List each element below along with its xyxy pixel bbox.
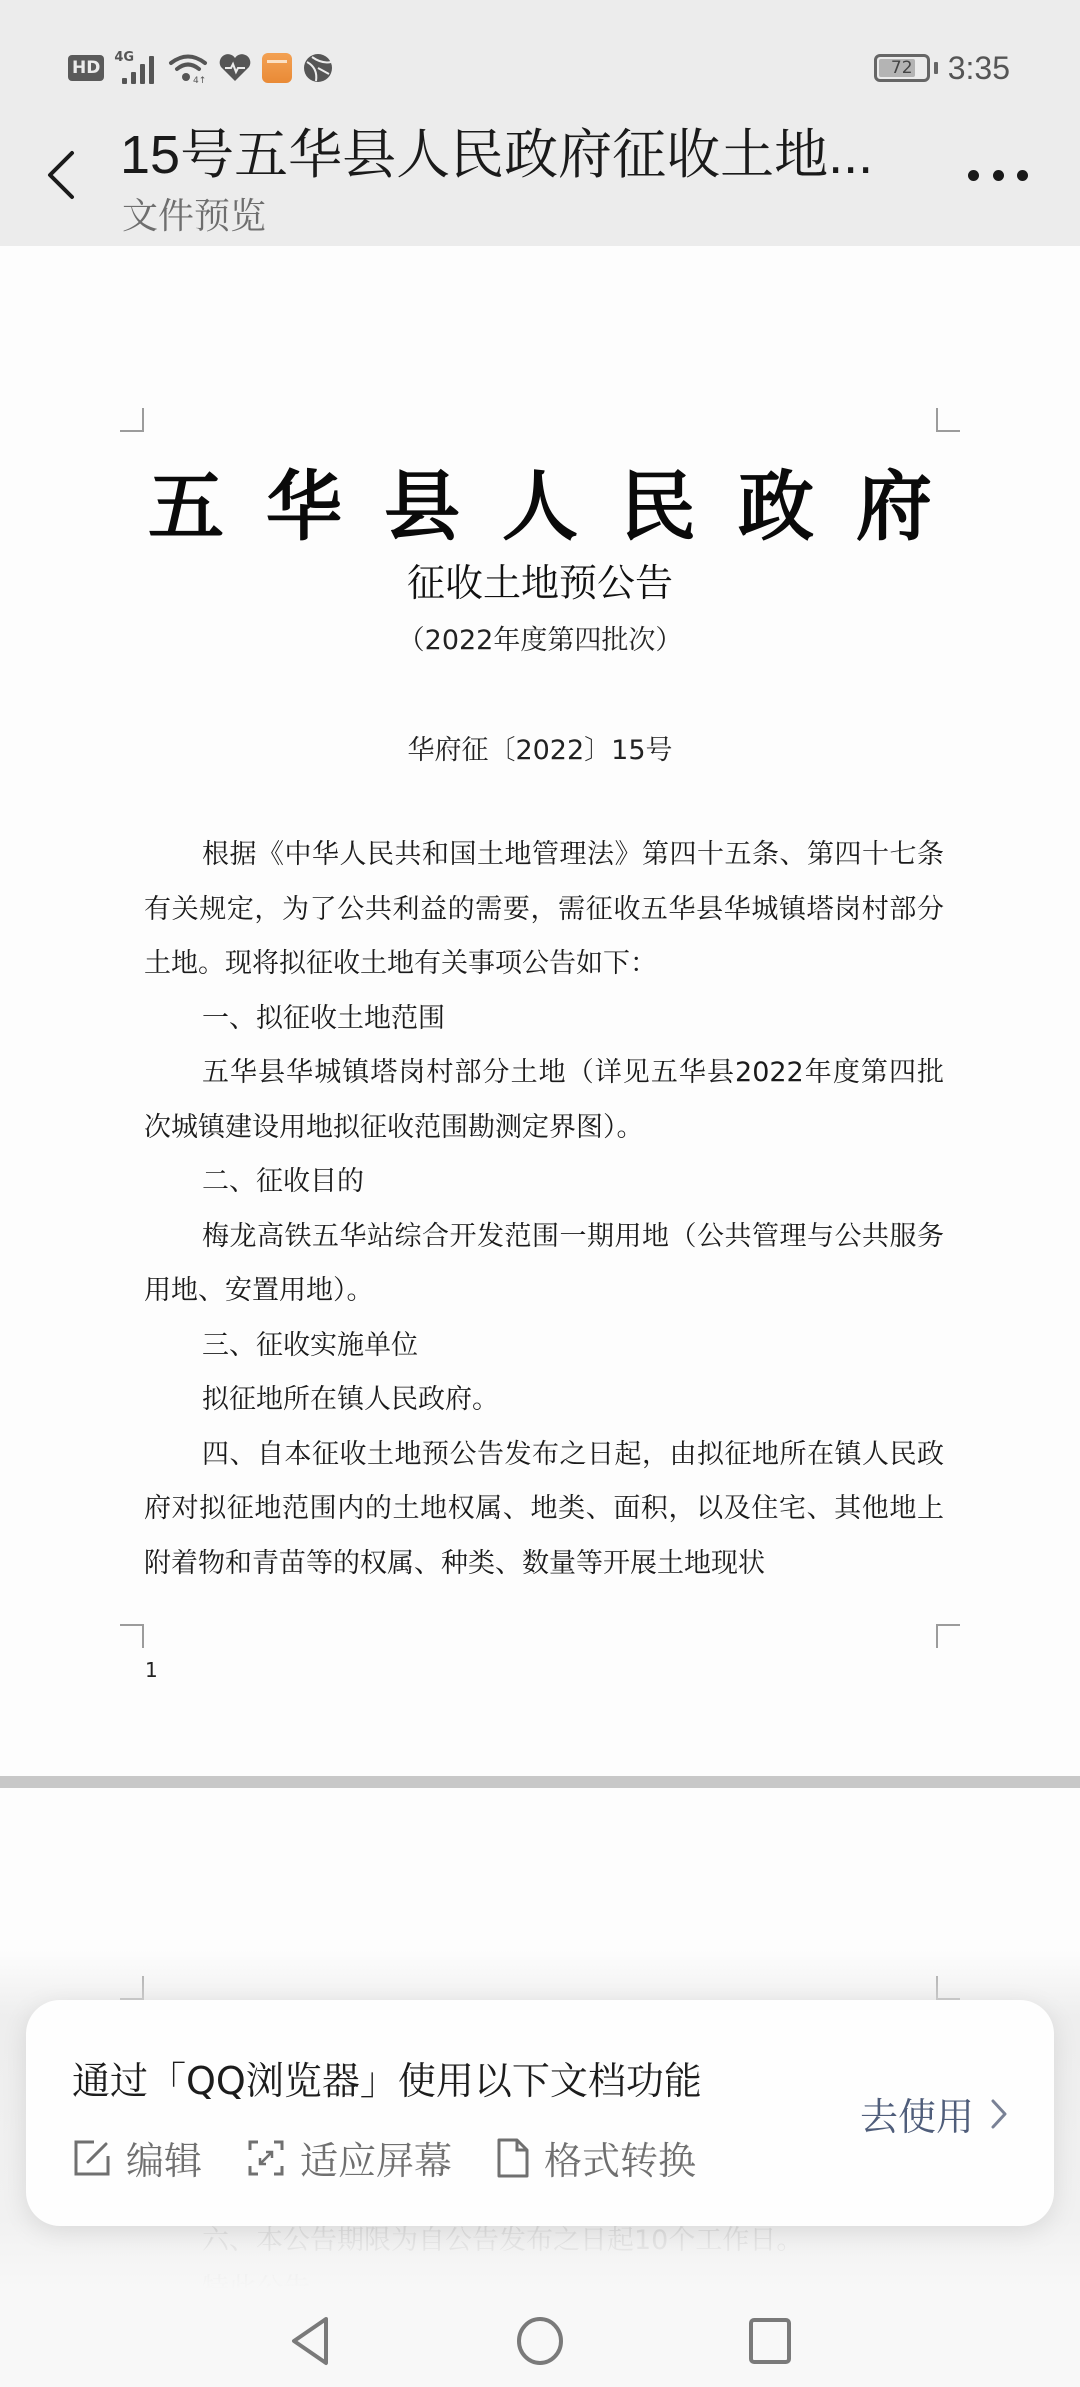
- feature-label: 适应屏幕: [300, 2130, 452, 2185]
- document-page-1: 五华县人民政府 征收土地预公告 （2022年度第四批次） 华府征〔2022〕15…: [0, 246, 1080, 1776]
- nav-home-button[interactable]: [510, 2316, 570, 2366]
- app-bar: 15号五华县人民政府征收土地... 文件预览: [0, 100, 1080, 246]
- orange-app-icon: [262, 53, 292, 83]
- qq-browser-promo-card[interactable]: 通过「QQ浏览器」使用以下文档功能 编辑 适应屏幕 格式转换 去使用: [26, 2000, 1054, 2226]
- feature-list: 编辑 适应屏幕 格式转换: [72, 2130, 696, 2185]
- system-nav-bar: [0, 2290, 1080, 2387]
- go-use-button[interactable]: 去使用: [860, 2086, 1008, 2141]
- go-use-label: 去使用: [860, 2086, 974, 2141]
- hd-icon: HD: [68, 55, 104, 81]
- paragraph: 拟征地所在镇人民政府。: [144, 1373, 944, 1428]
- feature-edit[interactable]: 编辑: [72, 2130, 202, 2185]
- nav-recents-button[interactable]: [740, 2316, 800, 2366]
- square-recents-icon: [747, 2316, 793, 2366]
- section-heading: 二、征收目的: [144, 1155, 944, 1210]
- crop-mark-bottom-left: [120, 1624, 144, 1648]
- more-options-button[interactable]: [968, 160, 1028, 190]
- status-bar: HD 4G 4↑ 72 3:35: [0, 0, 1080, 100]
- triangle-back-icon: [288, 2316, 332, 2366]
- chevron-right-icon: [990, 2098, 1008, 2130]
- crop-mark-bottom-right: [936, 1624, 960, 1648]
- file-preview-subtitle: 文件预览: [122, 188, 266, 239]
- paragraph: 四、自本征收土地预公告发布之日起，由拟征地所在镇人民政府对拟征地范围内的土地权属…: [144, 1428, 944, 1592]
- page-number: 1: [145, 1658, 158, 1682]
- svg-text:4↑: 4↑: [193, 76, 206, 84]
- more-dots-icon: [968, 170, 979, 181]
- feature-format-convert[interactable]: 格式转换: [496, 2130, 696, 2185]
- battery-tip: [934, 62, 938, 74]
- status-icons-left: HD 4G 4↑: [68, 50, 334, 86]
- battery-icon: 72: [874, 54, 930, 82]
- feature-label: 格式转换: [544, 2130, 696, 2185]
- signal-4g-icon: 4G: [114, 52, 158, 84]
- status-icons-right: 72 3:35: [874, 48, 1010, 88]
- nav-back-button[interactable]: [280, 2316, 340, 2366]
- globe-icon: [302, 52, 334, 84]
- back-button[interactable]: [36, 140, 86, 210]
- issuer-heading: 五华县人民政府: [0, 446, 1080, 555]
- circle-home-icon: [515, 2316, 565, 2366]
- batch-label: （2022年度第四批次）: [0, 618, 1080, 657]
- clock: 3:35: [948, 50, 1010, 87]
- document-body: 根据《中华人民共和国土地管理法》第四十五条、第四十七条有关规定，为了公共利益的需…: [144, 828, 944, 1591]
- feature-fit-screen[interactable]: 适应屏幕: [246, 2130, 452, 2185]
- health-heart-icon: [218, 53, 252, 83]
- page-separator: [0, 1776, 1080, 1788]
- fit-screen-icon: [246, 2138, 286, 2178]
- chevron-left-icon: [44, 147, 78, 203]
- edit-icon: [72, 2138, 112, 2178]
- file-icon: [496, 2137, 530, 2179]
- crop-mark-top-left: [120, 408, 144, 432]
- section-heading: 三、征收实施单位: [144, 1319, 944, 1374]
- promo-title: 通过「QQ浏览器」使用以下文档功能: [72, 2050, 702, 2105]
- notice-title: 征收土地预公告: [0, 552, 1080, 607]
- paragraph: 梅龙高铁五华站综合开发范围一期用地（公共管理与公共服务用地、安置用地）。: [144, 1210, 944, 1319]
- battery-level: 72: [891, 58, 913, 78]
- crop-mark-top-right: [936, 408, 960, 432]
- wifi-icon: 4↑: [168, 52, 208, 84]
- document-number: 华府征〔2022〕15号: [0, 728, 1080, 767]
- section-heading: 一、拟征收土地范围: [144, 992, 944, 1047]
- paragraph: 五华县华城镇塔岗村部分土地（详见五华县2022年度第四批次城镇建设用地拟征收范围…: [144, 1046, 944, 1155]
- paragraph: 根据《中华人民共和国土地管理法》第四十五条、第四十七条有关规定，为了公共利益的需…: [144, 828, 944, 992]
- file-title: 15号五华县人民政府征收土地...: [120, 112, 920, 189]
- feature-label: 编辑: [126, 2130, 202, 2185]
